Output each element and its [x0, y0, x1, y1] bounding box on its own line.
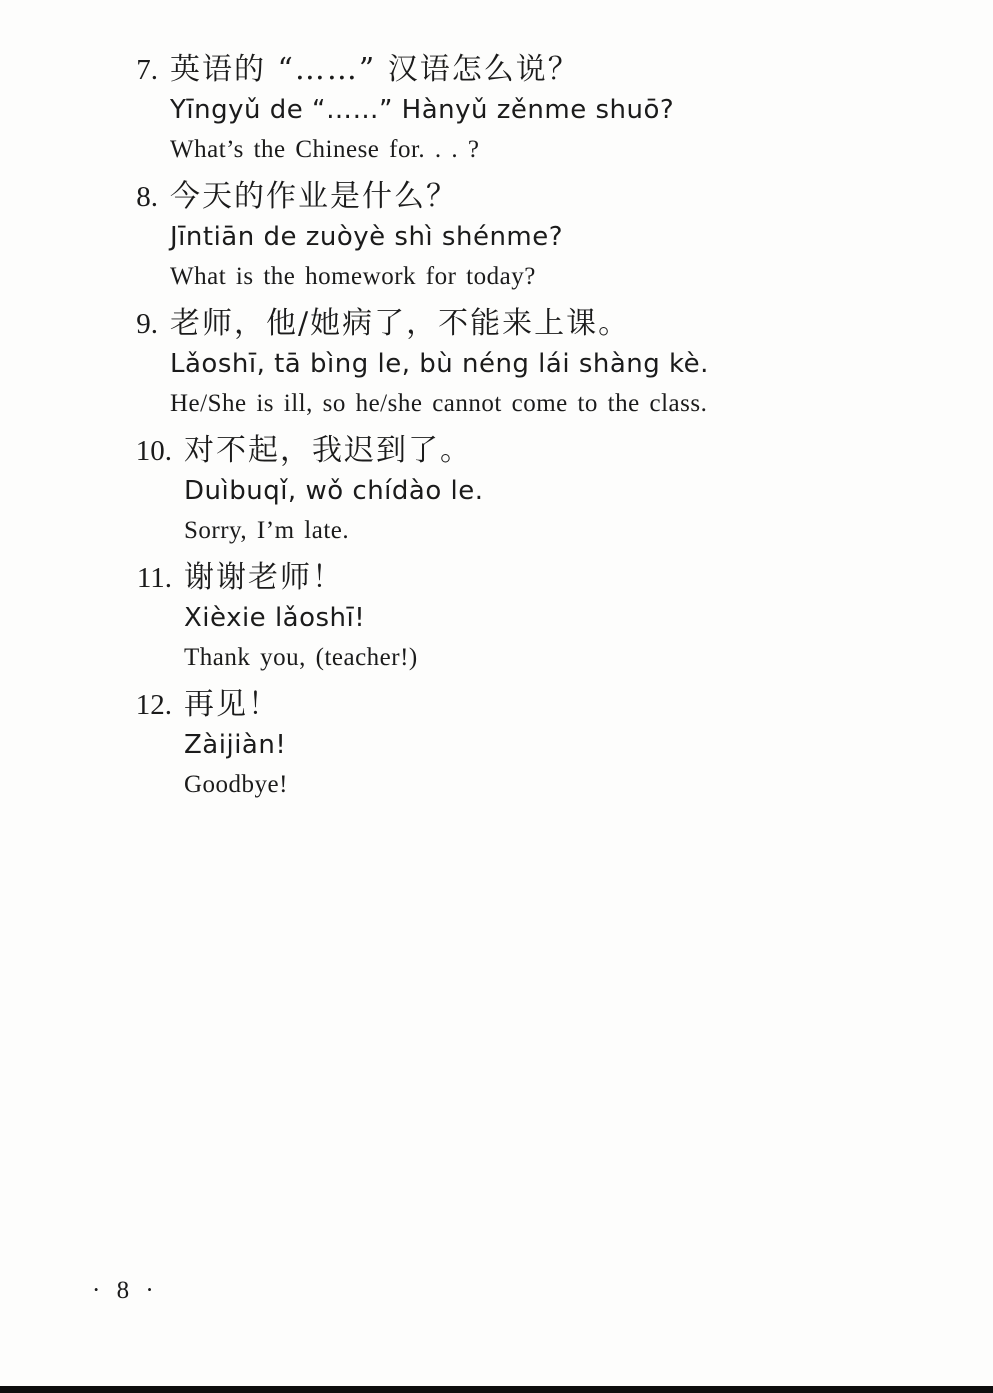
english-text: Thank you, (teacher!) — [0, 638, 993, 678]
english-text: He/She is ill, so he/she cannot come to … — [0, 384, 993, 424]
item-number: 7. — [0, 50, 158, 90]
pinyin-text: Xièxie lǎoshī! — [0, 598, 993, 638]
item-number: 9. — [0, 304, 158, 344]
item-number: 11. — [0, 558, 172, 598]
english-text: Goodbye! — [0, 765, 993, 805]
english-text: Sorry, I’m late. — [0, 511, 993, 551]
phrase-list: 7. 英语的 “……” 汉语怎么说？ Yīngyǔ de “……” Hànyǔ … — [0, 50, 993, 812]
item-number: 8. — [0, 177, 158, 217]
scanned-textbook-page: 7. 英语的 “……” 汉语怎么说？ Yīngyǔ de “……” Hànyǔ … — [0, 0, 993, 1393]
item-number: 12. — [0, 685, 172, 725]
scan-edge-bar — [0, 1386, 993, 1393]
pinyin-text: Zàijiàn! — [0, 725, 993, 765]
phrase-item-8: 8. 今天的作业是什么？ Jīntiān de zuòyè shì shénme… — [0, 177, 993, 297]
item-number: 10. — [0, 431, 172, 471]
phrase-item-9: 9. 老师，他/她病了，不能来上课。 Lǎoshī, tā bìng le, b… — [0, 304, 993, 424]
page-number: · 8 · — [92, 1276, 159, 1306]
english-text: What’s the Chinese for. . . ? — [0, 130, 993, 170]
phrase-item-7: 7. 英语的 “……” 汉语怎么说？ Yīngyǔ de “……” Hànyǔ … — [0, 50, 993, 170]
pinyin-text: Yīngyǔ de “……” Hànyǔ zěnme shuō? — [0, 90, 993, 130]
pinyin-text: Jīntiān de zuòyè shì shénme? — [0, 217, 993, 257]
pinyin-text: Lǎoshī, tā bìng le, bù néng lái shàng kè… — [0, 344, 993, 384]
pinyin-text: Duìbuqǐ, wǒ chídào le. — [0, 471, 993, 511]
phrase-item-12: 12. 再见！ Zàijiàn! Goodbye! — [0, 685, 993, 805]
english-text: What is the homework for today? — [0, 257, 993, 297]
phrase-item-10: 10. 对不起，我迟到了。 Duìbuqǐ, wǒ chídào le. Sor… — [0, 431, 993, 551]
phrase-item-11: 11. 谢谢老师！ Xièxie lǎoshī! Thank you, (tea… — [0, 558, 993, 678]
